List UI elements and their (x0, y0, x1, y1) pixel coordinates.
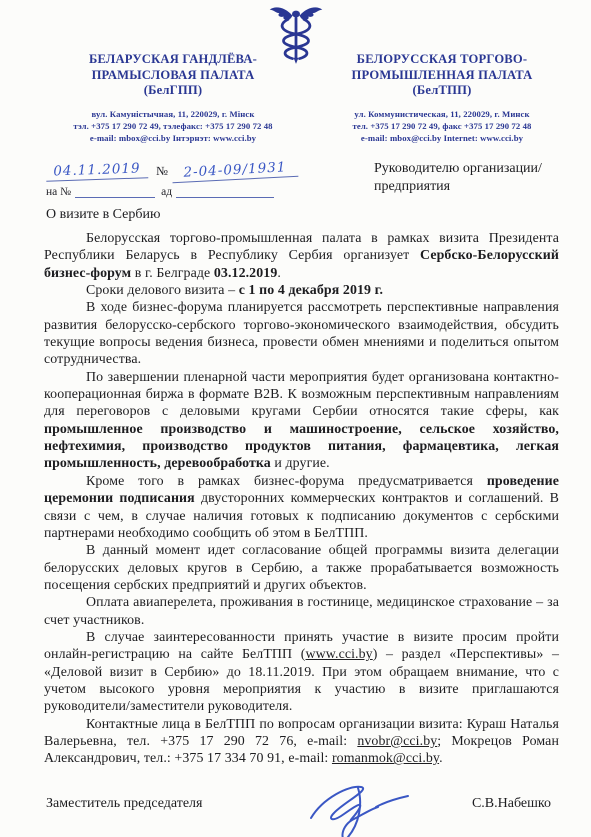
signature-block: Заместитель председателя С.В.Набешко (46, 796, 551, 812)
signer-position: Заместитель председателя (46, 796, 202, 812)
paragraph: Кроме того в рамках бизнес-форума предус… (44, 473, 559, 542)
outgoing-date-handwritten: 04.11.2019 (46, 160, 149, 182)
letterhead-left: БЕЛАРУСКАЯ ГАНДЛЁВА- ПРАМЫСЛОВАЯ ПАЛАТА … (52, 52, 294, 144)
scanned-letter-page: БЕЛАРУСКАЯ ГАНДЛЁВА- ПРАМЫСЛОВАЯ ПАЛАТА … (0, 0, 591, 837)
letterhead: БЕЛАРУСКАЯ ГАНДЛЁВА- ПРАМЫСЛОВАЯ ПАЛАТА … (0, 52, 591, 144)
paragraph: Контактные лица в БелТПП по вопросам орг… (44, 716, 559, 768)
reference-line-1: 04.11.2019 № 2-04-09/1931 (46, 152, 346, 180)
link-text: romanmok@cci.by (332, 751, 439, 766)
org-address-belarusian: вул. Камуністычная, 11, 220029, г. Мінск… (52, 108, 294, 144)
subject-line: О визите в Сербию (46, 207, 160, 223)
addressee-block: Руководителю организации/ предприятия (374, 160, 542, 195)
outgoing-reference: 04.11.2019 № 2-04-09/1931 на № ад (46, 152, 346, 198)
from-date-label: ад (161, 186, 172, 198)
letterhead-right: БЕЛОРУССКАЯ ТОРГОВО- ПРОМЫШЛЕННАЯ ПАЛАТА… (321, 52, 563, 144)
reference-line-2: на № ад (46, 180, 346, 198)
signer-name: С.В.Набешко (472, 796, 551, 812)
body-paragraphs: Белорусская торгово-промышленная палата … (44, 230, 559, 768)
paragraph: Белорусская торгово-промышленная палата … (44, 230, 559, 282)
org-address-russian: ул. Коммунистическая, 11, 220029, г. Мин… (321, 108, 563, 144)
org-title-russian: БЕЛОРУССКАЯ ТОРГОВО- ПРОМЫШЛЕННАЯ ПАЛАТА… (321, 52, 563, 99)
paragraph: Сроки делового визита – с 1 по 4 декабря… (44, 282, 559, 299)
number-sign-label: № (156, 164, 168, 179)
link-text: nvobr@cci.by (357, 734, 437, 749)
link-text: www.cci.by (306, 647, 373, 662)
paragraph: Оплата авиаперелета, проживания в гостин… (44, 594, 559, 629)
reply-to-number-label: на № (46, 186, 71, 198)
org-title-belarusian: БЕЛАРУСКАЯ ГАНДЛЁВА- ПРАМЫСЛОВАЯ ПАЛАТА … (52, 52, 294, 99)
blank-rule-line (75, 185, 155, 198)
paragraph: В случае заинтересованности принять учас… (44, 629, 559, 716)
blank-rule-line (176, 185, 274, 198)
handwritten-signature-icon (301, 776, 421, 837)
paragraph: По завершении пленарной части мероприяти… (44, 369, 559, 473)
paragraph: В ходе бизнес-форума планируется рассмот… (44, 299, 559, 368)
paragraph: В данный момент идет согласование общей … (44, 542, 559, 594)
